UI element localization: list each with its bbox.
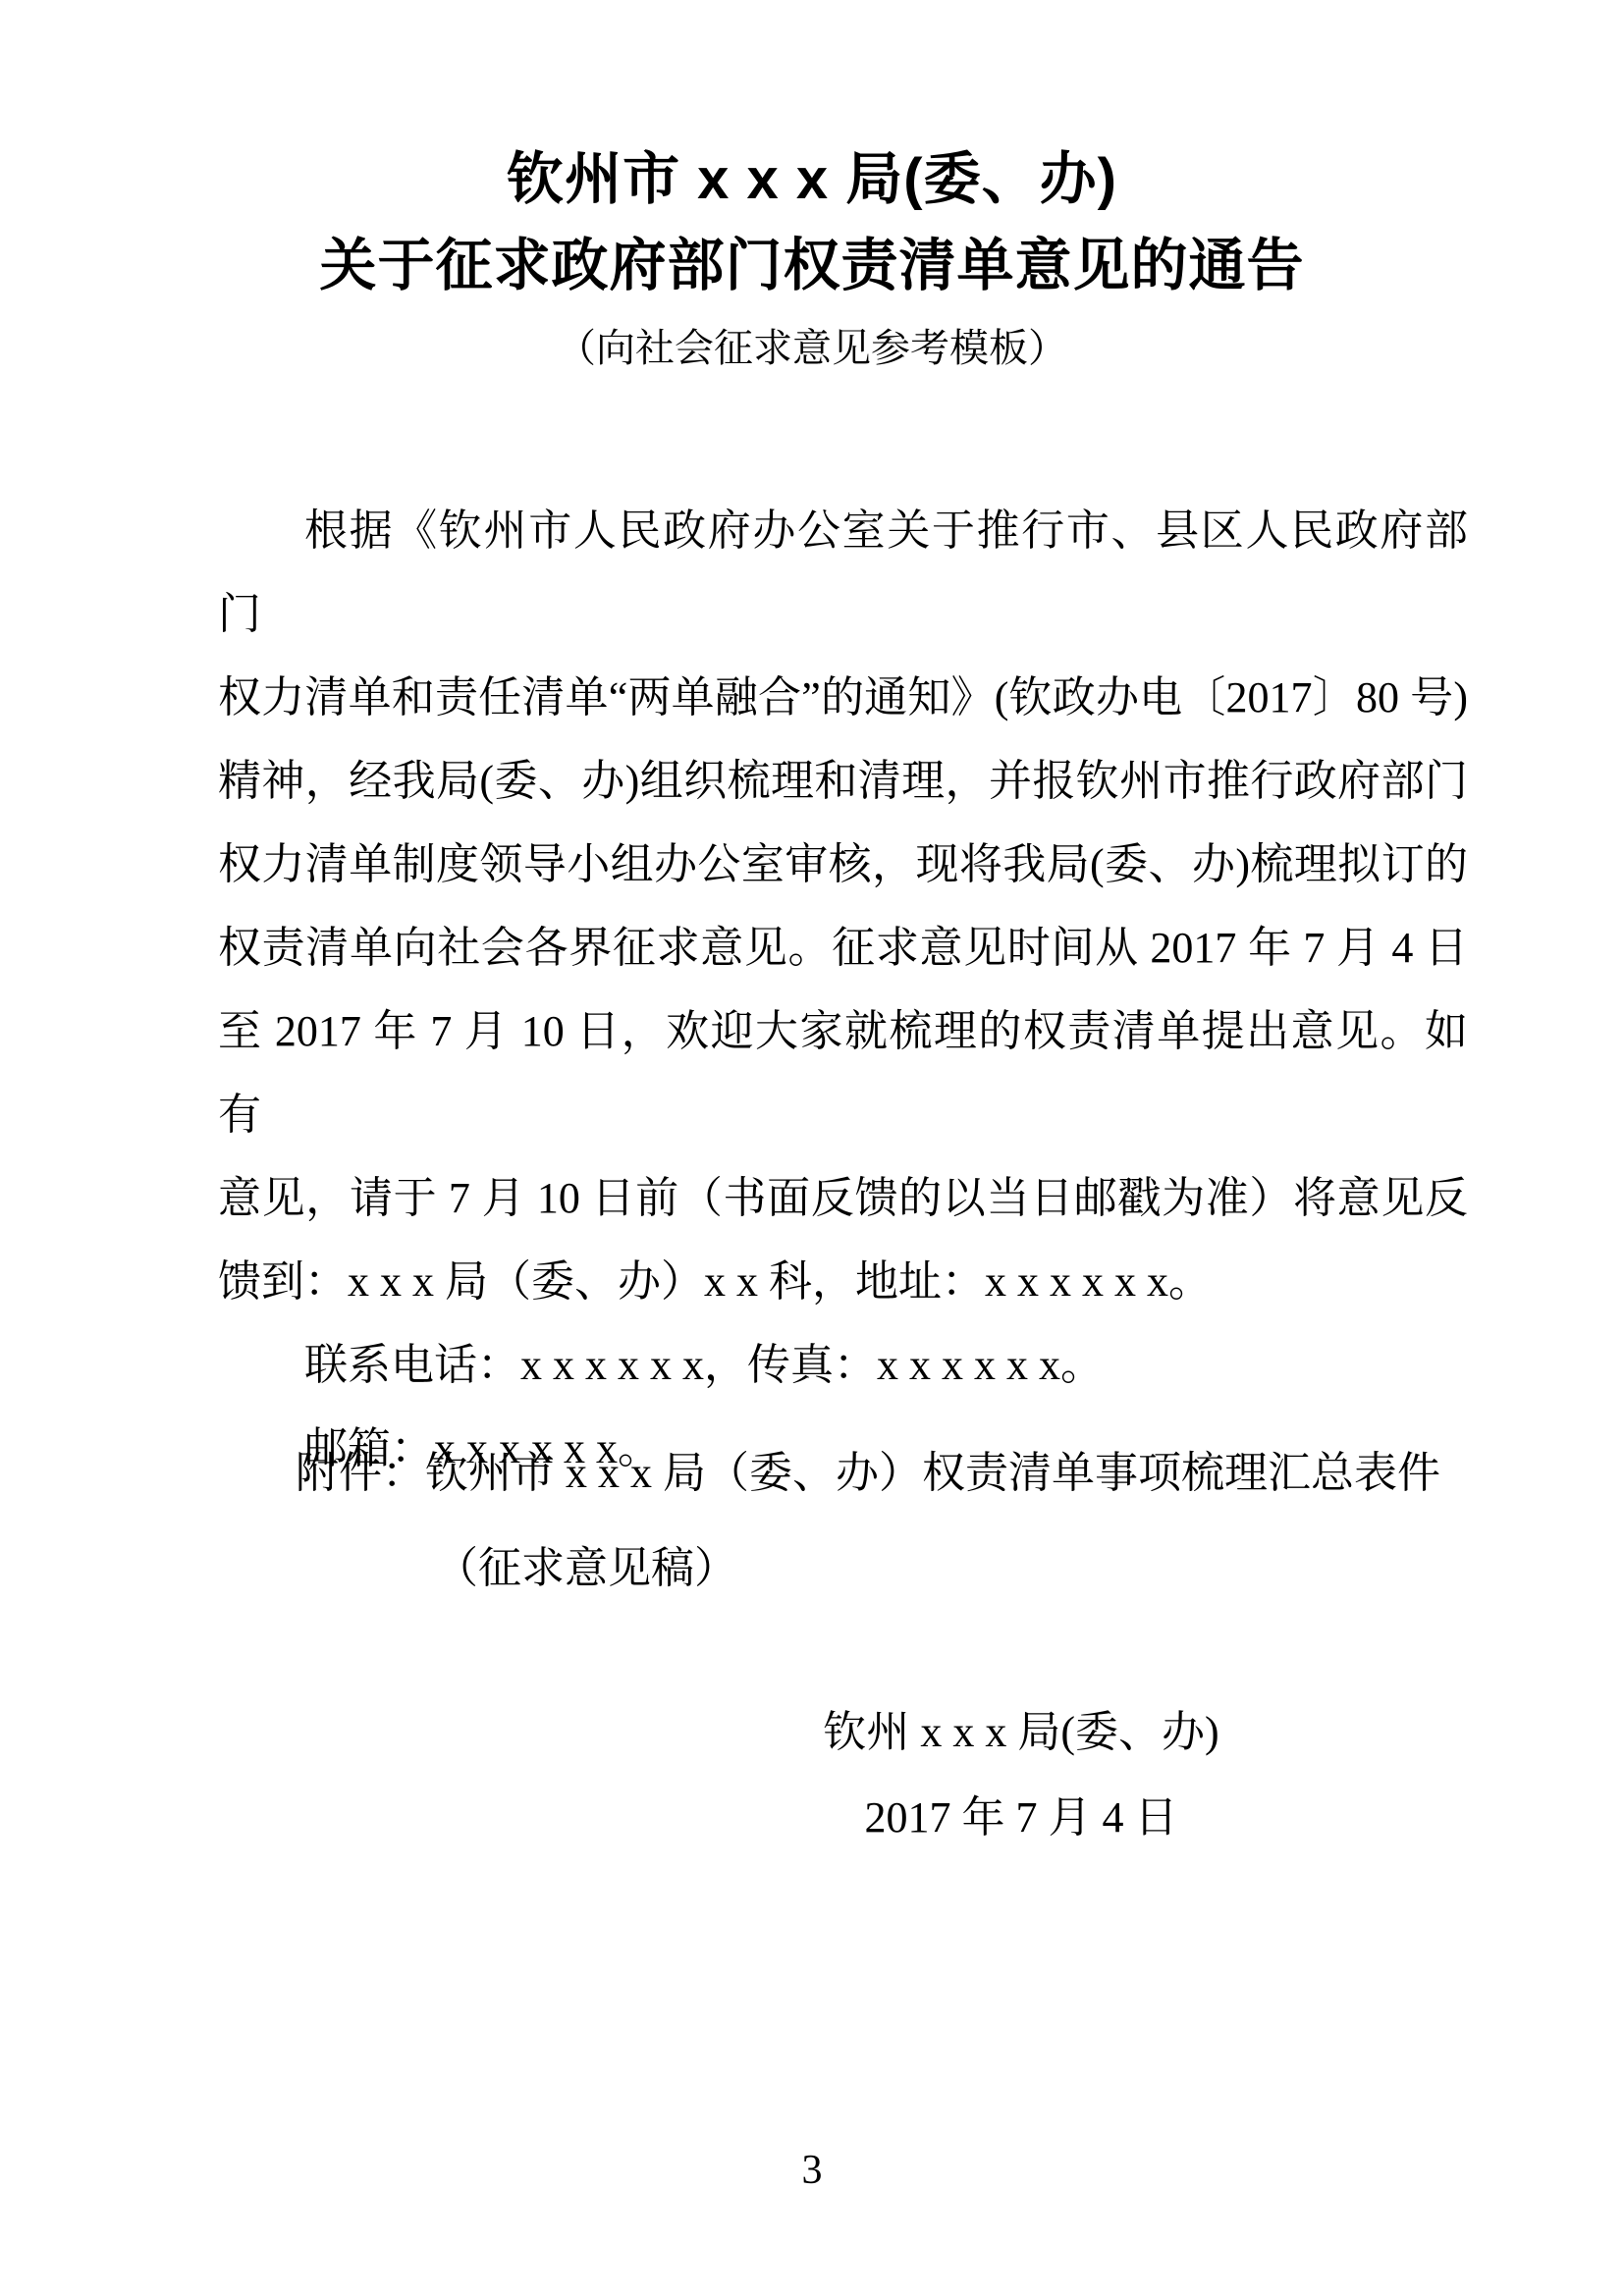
attachment-draft-line: （征求意见稿）: [218, 1521, 1468, 1616]
body-line-8: 馈到：x x x 局（委、办）x x 科，地址：x x x x x x。: [218, 1240, 1468, 1323]
body-line-2: 权力清单和责任清单“两单融合”的通知》(钦政办电〔2017〕80 号): [218, 656, 1468, 739]
page-number: 3: [0, 2148, 1624, 2193]
body-line-4: 权力清单制度领导小组办公室审核，现将我局(委、办)梳理拟订的: [218, 823, 1468, 906]
doc-title-line1: 钦州市 x x x 局(委、办): [0, 149, 1624, 210]
signature-block: 钦州 x x x 局(委、办) 2017 年 7 月 4 日: [717, 1689, 1326, 1860]
contact-line: 联系电话：x x x x x x，传真：x x x x x x。: [218, 1323, 1468, 1407]
body-line-7: 意见，请于 7 月 10 日前（书面反馈的以当日邮戳为准）将意见反: [218, 1156, 1468, 1240]
signature-org: 钦州 x x x 局(委、办): [717, 1689, 1326, 1775]
document-page: 钦州市 x x x 局(委、办) 关于征求政府部门权责清单意见的通告 （向社会征…: [0, 0, 1624, 2296]
attachment-block: 附件：钦州市 x x x 局（委、办）权责清单事项梳理汇总表件 （征求意见稿）: [218, 1425, 1468, 1616]
body-line-5: 权责清单向社会各界征求意见。征求意见时间从 2017 年 7 月 4 日: [218, 906, 1468, 989]
signature-date: 2017 年 7 月 4 日: [717, 1775, 1326, 1860]
body-line-1: 根据《钦州市人民政府办公室关于推行市、县区人民政府部门: [218, 489, 1468, 656]
attachment-line: 附件：钦州市 x x x 局（委、办）权责清单事项梳理汇总表件: [218, 1425, 1468, 1521]
body-line-3: 精神，经我局(委、办)组织梳理和清理，并报钦州市推行政府部门: [218, 739, 1468, 823]
doc-body: 根据《钦州市人民政府办公室关于推行市、县区人民政府部门 权力清单和责任清单“两单…: [218, 489, 1468, 1490]
doc-title-line2: 关于征求政府部门权责清单意见的通告: [0, 236, 1624, 296]
body-line-6: 至 2017 年 7 月 10 日，欢迎大家就梳理的权责清单提出意见。如有: [218, 989, 1468, 1156]
doc-subtitle: （向社会征求意见参考模板）: [0, 326, 1624, 371]
